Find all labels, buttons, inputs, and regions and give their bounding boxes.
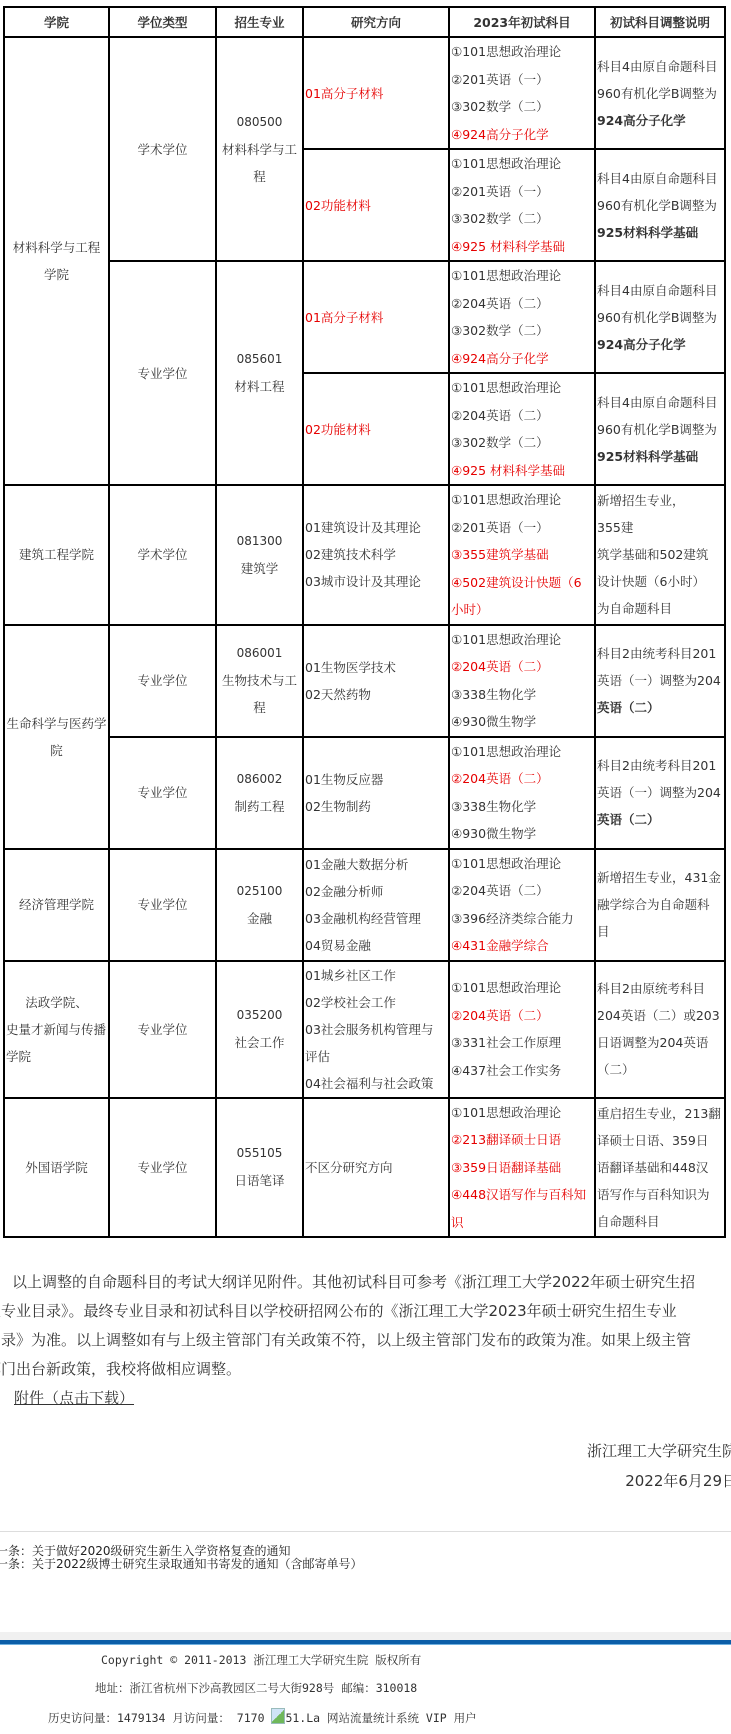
major-code: 080500 [218,109,301,136]
text-line: 程 [218,163,301,190]
text-line: 科目4由原自命题科目 [597,277,723,304]
subjects-cell: ①101思想政治理论②204英语（二）③338生物化学④930微生物学 [449,737,595,849]
direction-item: 02学校社会工作 [305,989,447,1016]
major-code: 025100 [218,878,301,905]
text-line: 制药工程 [218,793,301,820]
text-line: 史量才新闻与传播 [6,1016,107,1043]
header-major: 招生专业 [216,7,303,37]
subjects-cell: ①101思想政治理论②204英语（二）③396经济类综合能力④431金融学综合 [449,849,595,961]
subject-item: 识 [451,1209,593,1237]
direction-item: 03城市设计及其理论 [305,568,447,595]
major-cell: 035200社会工作 [216,961,303,1098]
text-line: 科目4由原自命题科目 [597,53,723,80]
subject-item: ④930微生物学 [451,820,593,848]
text-line: 生命科学与医药学 [6,710,107,737]
text-line: 960有机化学B调整为 [597,416,723,443]
direction-item: 01高分子材料 [305,80,447,107]
subject-item: ①101思想政治理论 [451,974,593,1002]
text-line: 204英语（二）或203 [597,1002,723,1029]
text-line: 语写作与百科知识为 [597,1181,723,1208]
adjust-note-cell: 科目4由原自命题科目960有机化学B调整为925材料科学基础 [595,149,725,261]
major-cell: 086002制药工程 [216,737,303,849]
subject-item: ④924高分子化学 [451,345,593,373]
text-line: 融学综合为自命题科 [597,891,723,918]
degree-type-cell: 专业学位 [109,625,216,737]
text-line: 经济管理学院 [6,891,107,918]
college-cell: 法政学院、史量才新闻与传播学院 [4,961,109,1098]
footer-accent-line [0,1640,731,1645]
direction-cell: 01生物反应器02生物制药 [303,737,449,849]
text-line: 960有机化学B调整为 [597,80,723,107]
subjects-cell: ①101思想政治理论②213翻译硕士日语③359日语翻译基础④448汉语写作与百… [449,1098,595,1238]
college-cell: 材料科学与工程学院 [4,37,109,485]
text-line: 建筑学 [218,555,301,582]
paragraph-line: 以上调整的自命题科目的考试大纲详见附件。其他初试科目可参考《浙江理工大学2022… [0,1268,731,1297]
text-line: 目 [597,918,723,945]
major-cell: 080500材料科学与工程 [216,37,303,261]
header-direction: 研究方向 [303,7,449,37]
major-code: 055105 [218,1140,301,1167]
major-code: 035200 [218,1002,301,1029]
direction-item: 01生物医学技术 [305,654,447,681]
subjects-cell: ①101思想政治理论②204英语（二）③302数学（二）④924高分子化学 [449,261,595,373]
adjust-note-cell: 科目2由统考科目201英语（一）调整为204英语（二） [595,625,725,737]
major-cell: 081300建筑学 [216,485,303,625]
direction-item: 02建筑技术科学 [305,541,447,568]
direction-cell: 01金融大数据分析02金融分析师03金融机构经营管理04贸易金融 [303,849,449,961]
subject-item: ④925 材料科学基础 [451,233,593,261]
text-line: 生物技术与工 [218,667,301,694]
text-line: 译硕士日语、359日 [597,1127,723,1154]
table-row: 材料科学与工程学院学术学位080500材料科学与工程01高分子材料①101思想政… [4,37,725,149]
direction-cell: 02功能材料 [303,373,449,485]
text-line: （二） [597,1056,723,1083]
subject-item: ④448汉语写作与百科知 [451,1181,593,1209]
college-cell: 生命科学与医药学院 [4,625,109,849]
table-row: 专业学位085601材料工程01高分子材料①101思想政治理论②204英语（二）… [4,261,725,373]
subject-item: ④502建筑设计快题（6 [451,569,593,597]
text-line: 自命题科目 [597,1208,723,1235]
adjust-note-cell: 新增招生专业，431金融学综合为自命题科目 [595,849,725,961]
direction-item: 02生物制药 [305,793,447,820]
text-line: 960有机化学B调整为 [597,304,723,331]
text-line: 程 [218,694,301,721]
subject-item: ②204英语（二） [451,765,593,793]
text-line: 材料工程 [218,373,301,400]
footer-address: 地址：浙江省杭州下沙高教园区二号大街928号 邮编：310018 [95,1680,417,1696]
text-line: 院 [6,737,107,764]
subject-item: ①101思想政治理论 [451,486,593,514]
text-line: 材料科学与工程 [6,234,107,261]
degree-type-cell: 专业学位 [109,961,216,1098]
text-line: 英语（一）调整为204 [597,779,723,806]
subject-item: ③302数学（二） [451,93,593,121]
subject-item: ③331社会工作原理 [451,1029,593,1057]
note-bold: 英语（二） [597,694,723,721]
direction-item: 01城乡社区工作 [305,962,447,989]
subjects-cell: ①101思想政治理论②201英语（一）③302数学（二）④924高分子化学 [449,37,595,149]
direction-cell: 01建筑设计及其理论02建筑技术科学03城市设计及其理论 [303,485,449,625]
text-line: 科目2由统考科目201 [597,752,723,779]
subject-item: ①101思想政治理论 [451,850,593,878]
text-line: 新增招生专业，431金 [597,864,723,891]
college-cell: 建筑工程学院 [4,485,109,625]
header-degree-type: 学位类型 [109,7,216,37]
degree-type-cell: 专业学位 [109,849,216,961]
degree-type-cell: 学术学位 [109,485,216,625]
subject-item: ②201英语（一） [451,514,593,542]
subject-item: ③302数学（二） [451,429,593,457]
text-line: 科目4由原自命题科目 [597,389,723,416]
table-row: 经济管理学院专业学位025100金融01金融大数据分析02金融分析师03金融机构… [4,849,725,961]
table-row: 建筑工程学院学术学位081300建筑学01建筑设计及其理论02建筑技术科学03城… [4,485,725,625]
subject-item: ①101思想政治理论 [451,150,593,178]
direction-item: 04贸易金融 [305,932,447,959]
major-code: 086002 [218,766,301,793]
subject-item: ④925 材料科学基础 [451,457,593,485]
text-line: 金融 [218,905,301,932]
text-line: 社会工作 [218,1029,301,1056]
note-bold: 925材料科学基础 [597,443,723,470]
table-row: 专业学位086002制药工程01生物反应器02生物制药①101思想政治理论②20… [4,737,725,849]
text-line: 英语（一）调整为204 [597,667,723,694]
text-line: 学院 [6,1043,107,1070]
subject-item: ①101思想政治理论 [451,38,593,66]
direction-cell: 01高分子材料 [303,37,449,149]
attachment-download-link[interactable]: 附件（点击下载） [14,1389,134,1407]
subject-item: ③355建筑学基础 [451,541,593,569]
subject-item: ②201英语（一） [451,178,593,206]
text-line: 材料科学与工 [218,136,301,163]
visit-counts: 历史访问量：1479134 月访问量： 7170 [48,1711,265,1725]
subject-item: ①101思想政治理论 [451,626,593,654]
subject-item: ②204英语（二） [451,402,593,430]
text-line: 设计快题（6小时） [597,568,723,595]
note-bold: 925材料科学基础 [597,219,723,246]
direction-item: 评估 [305,1043,447,1070]
direction-item: 04社会福利与社会政策 [305,1070,447,1097]
subject-item: ①101思想政治理论 [451,738,593,766]
text-line: 为自命题科目 [597,595,723,622]
header-college: 学院 [4,7,109,37]
subject-item: 小时） [451,596,593,624]
major-code: 081300 [218,528,301,555]
subject-item: ②204英语（二） [451,653,593,681]
subject-item: ④437社会工作实务 [451,1057,593,1085]
adjust-note-cell: 重启招生专业，213翻译硕士日语、359日语翻译基础和448汉语写作与百科知识为… [595,1098,725,1238]
subjects-cell: ①101思想政治理论②204英语（二）③331社会工作原理④437社会工作实务 [449,961,595,1098]
direction-item: 02功能材料 [305,192,447,219]
direction-cell: 02功能材料 [303,149,449,261]
text-line: 日语笔译 [218,1167,301,1194]
degree-type-cell: 学术学位 [109,37,216,261]
subject-item: ①101思想政治理论 [451,374,593,402]
direction-item: 01高分子材料 [305,304,447,331]
subject-item: ④431金融学综合 [451,932,593,960]
paragraph-line: 部门出台新政策，我校将做相应调整。 [0,1355,731,1384]
subject-item: ①101思想政治理论 [451,1099,593,1127]
subject-item: ②204英语（二） [451,290,593,318]
text-line: 355建 [597,514,723,541]
subject-item: ③302数学（二） [451,205,593,233]
adjustment-table: 学院 学位类型 招生专业 研究方向 2023年初试科目 初试科目调整说明 材料科… [3,6,726,1238]
major-cell: 085601材料工程 [216,261,303,485]
degree-type-cell: 专业学位 [109,1098,216,1238]
major-cell: 086001生物技术与工程 [216,625,303,737]
adjust-note-cell: 科目4由原自命题科目960有机化学B调整为925材料科学基础 [595,373,725,485]
adjust-note-cell: 新增招生专业，355建筑学基础和502建筑设计快题（6小时）为自命题科目 [595,485,725,625]
body-paragraph: 以上调整的自命题科目的考试大纲详见附件。其他初试科目可参考《浙江理工大学2022… [0,1268,731,1413]
direction-item: 01生物反应器 [305,766,447,793]
note-bold: 924高分子化学 [597,331,723,358]
direction-cell: 01城乡社区工作02学校社会工作03社会服务机构管理与评估04社会福利与社会政策 [303,961,449,1098]
major-cell: 025100金融 [216,849,303,961]
header-adjust-note: 初试科目调整说明 [595,7,725,37]
stats-logo-icon[interactable] [271,1708,285,1724]
table-header-row: 学院 学位类型 招生专业 研究方向 2023年初试科目 初试科目调整说明 [4,7,725,37]
note-bold: 英语（二） [597,806,723,833]
note-bold: 924高分子化学 [597,107,723,134]
text-line: 科目2由原统考科目 [597,975,723,1002]
major-code: 086001 [218,640,301,667]
subjects-cell: ①101思想政治理论②201英语（一）③302数学（二）④925 材料科学基础 [449,149,595,261]
degree-type-cell: 专业学位 [109,261,216,485]
adjust-note-cell: 科目2由统考科目201英语（一）调整为204英语（二） [595,737,725,849]
subject-item: ③359日语翻译基础 [451,1154,593,1182]
paragraph-line: 目录》为准。以上调整如有与上级主管部门有关政策不符，以上级主管部门发布的政策为准… [0,1326,731,1355]
subject-item: ④930微生物学 [451,708,593,736]
direction-cell: 01高分子材料 [303,261,449,373]
header-subjects: 2023年初试科目 [449,7,595,37]
paragraph-line: 生专业目录》。最终专业目录和初试科目以学校研招网公布的《浙江理工大学2023年硕… [0,1297,731,1326]
table-row: 法政学院、史量才新闻与传播学院专业学位035200社会工作01城乡社区工作02学… [4,961,725,1098]
signature-org: 浙江理工大学研究生院 [587,1440,731,1461]
subject-item: ③396经济类综合能力 [451,905,593,933]
subject-item: ③338生物化学 [451,681,593,709]
subject-item: ②213翻译硕士日语 [451,1126,593,1154]
direction-item: 01建筑设计及其理论 [305,514,447,541]
adjust-note-cell: 科目4由原自命题科目960有机化学B调整为924高分子化学 [595,261,725,373]
next-article-link[interactable]: 下一条：关于2022级博士研究生录取通知书寄发的通知（含邮寄单号） [0,1558,363,1571]
direction-item: 03社会服务机构管理与 [305,1016,447,1043]
college-cell: 外国语学院 [4,1098,109,1238]
signature-date: 2022年6月29日 [625,1470,731,1491]
subject-item: ①101思想政治理论 [451,262,593,290]
subject-item: ④924高分子化学 [451,121,593,149]
footer-band [0,1632,731,1640]
direction-cell: 不区分研究方向 [303,1098,449,1238]
text-line: 日语调整为204英语 [597,1029,723,1056]
direction-item: 02金融分析师 [305,878,447,905]
direction-item: 02天然药物 [305,681,447,708]
direction-item: 不区分研究方向 [305,1154,447,1181]
table-row: 生命科学与医药学院专业学位086001生物技术与工程01生物医学技术02天然药物… [4,625,725,737]
subjects-cell: ①101思想政治理论②201英语（一）③355建筑学基础④502建筑设计快题（6… [449,485,595,625]
table-row: 外国语学院专业学位055105日语笔译不区分研究方向①101思想政治理论②213… [4,1098,725,1238]
direction-cell: 01生物医学技术02天然药物 [303,625,449,737]
subject-item: ③302数学（二） [451,317,593,345]
footer-copyright: Copyright © 2011-2013 浙江理工大学研究生院 版权所有 [101,1652,421,1668]
text-line: 重启招生专业，213翻 [597,1100,723,1127]
text-line: 语翻译基础和448汉 [597,1154,723,1181]
college-cell: 经济管理学院 [4,849,109,961]
text-line: 科目4由原自命题科目 [597,165,723,192]
text-line: 学院 [6,261,107,288]
text-line: 建筑工程学院 [6,541,107,568]
text-line: 外国语学院 [6,1154,107,1181]
adjust-note-cell: 科目4由原自命题科目960有机化学B调整为924高分子化学 [595,37,725,149]
subject-item: ③338生物化学 [451,793,593,821]
major-code: 085601 [218,346,301,373]
footer-stats: 历史访问量：1479134 月访问量： 7170 51.La 网站流量统计系统 … [48,1708,477,1726]
divider [0,1531,731,1532]
text-line: 新增招生专业， [597,487,723,514]
subjects-cell: ①101思想政治理论②204英语（二）③302数学（二）④925 材料科学基础 [449,373,595,485]
stats-system-label[interactable]: 51.La 网站流量统计系统 VIP 用户 [285,1711,476,1725]
direction-item: 03金融机构经营管理 [305,905,447,932]
subject-item: ②204英语（二） [451,877,593,905]
text-line: 科目2由统考科目201 [597,640,723,667]
text-line: 960有机化学B调整为 [597,192,723,219]
direction-item: 02功能材料 [305,416,447,443]
degree-type-cell: 专业学位 [109,737,216,849]
subject-item: ②204英语（二） [451,1002,593,1030]
text-line: 筑学基础和502建筑 [597,541,723,568]
subject-item: ②201英语（一） [451,66,593,94]
adjust-note-cell: 科目2由原统考科目204英语（二）或203日语调整为204英语（二） [595,961,725,1098]
major-cell: 055105日语笔译 [216,1098,303,1238]
text-line: 法政学院、 [6,989,107,1016]
direction-item: 01金融大数据分析 [305,851,447,878]
subjects-cell: ①101思想政治理论②204英语（二）③338生物化学④930微生物学 [449,625,595,737]
